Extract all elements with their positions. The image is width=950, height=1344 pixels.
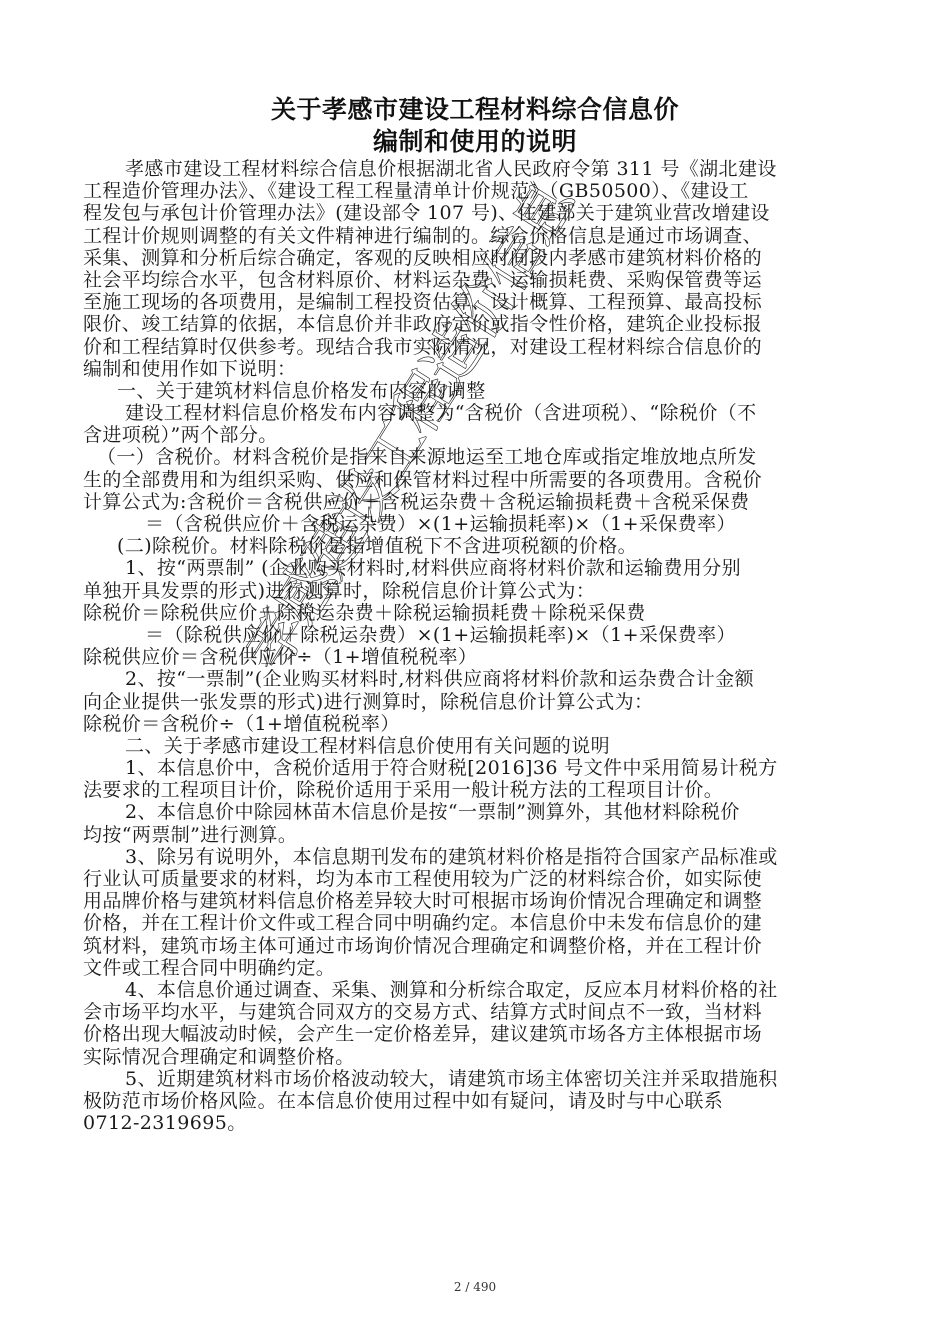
paragraph-line: 筑材料，建筑市场主体可通过市场询价情况合理确定和调整价格，并在工程计价	[83, 935, 865, 957]
paragraph-line: 用品牌价格与建筑材料信息价格差异较大时可根据市场询价情况合理确定和调整	[83, 890, 865, 912]
paragraph-line: 向企业提供一张发票的形式)进行测算时，除税信息价计算公式为：	[83, 691, 865, 713]
paragraph-line: 含进项税）”两个部分。	[83, 424, 865, 446]
paragraph-line: 生的全部费用和为组织采购、供应和保管材料过程中所需要的各项费用。含税价	[83, 469, 865, 491]
document-title-line-2: 编制和使用的说明	[0, 126, 950, 158]
paragraph-line: 至施工现场的各项费用，是编制工程投资估算、设计概算、工程预算、最高投标	[83, 291, 865, 313]
paragraph-line: 社会平均综合水平，包含材料原价、材料运杂费、运输损耗费、采购保管费等运	[83, 269, 865, 291]
paragraph-line: 行业认可质量要求的材料，均为本市工程使用较为广泛的材料综合价，如实际使	[83, 868, 865, 890]
paragraph-line: 工程计价规则调整的有关文件精神进行编制的。综合价格信息是通过市场调查、	[83, 225, 865, 247]
formula-line: ＝（含税供应价＋含税运杂费）×(1+运输损耗率)×（1+采保费率）	[83, 513, 865, 535]
paragraph-line: 法要求的工程项目计价，除税价适用于采用一般计税方法的工程项目计价。	[83, 779, 865, 801]
paragraph-line: 均按“两票制”进行测算。	[83, 824, 865, 846]
section-heading-1: 一、关于建筑材料信息价格发布内容的调整	[83, 380, 865, 402]
subsection-tax-exclusive: (二)除税价。材料除税价是指增值税下不含进项税额的价格。	[83, 535, 865, 557]
paragraph-line: 实际情况合理确定和调整价格。	[83, 1046, 865, 1068]
paragraph-line: 1、本信息价中，含税价适用于符合财税[2016]36 号文件中采用简易计税方	[83, 757, 865, 779]
paragraph-line: 会市场平均水平，与建筑合同双方的交易方式、结算方式时间点不一致，当材料	[83, 1001, 865, 1023]
formula-line: ＝（除税供应价＋除税运杂费）×(1+运输损耗率)×（1+采保费率）	[83, 624, 865, 646]
document-title-line-1: 关于孝感市建设工程材料综合信息价	[0, 94, 950, 126]
formula-line: 除税价＝除税供应价＋除税运杂费＋除税运输损耗费＋除税采保费	[83, 602, 865, 624]
formula-line: 除税供应价＝含税供应价÷（1+增值税税率）	[83, 646, 865, 668]
paragraph-line: 工程造价管理办法》、《建设工程工程量清单计价规范》（GB50500）、《建设工	[83, 180, 865, 202]
formula-line: 除税价＝含税价÷（1+增值税税率）	[83, 713, 865, 735]
document-page: 关于孝感市建设工程材料综合信息价 编制和使用的说明 孝感市建设工程材料综合信息价…	[0, 0, 950, 1344]
paragraph-line: 价和工程结算时仅供参考。现结合我市实际情况，对建设工程材料综合信息价的	[83, 336, 865, 358]
page-number: 2 / 490	[0, 1280, 950, 1294]
paragraph-line: 建设工程材料信息价格发布内容调整为“含税价（含进项税）、“除税价（不	[83, 402, 865, 424]
contact-phone: 0712-2319695。	[83, 1112, 865, 1134]
paragraph-line: 文件或工程合同中明确约定。	[83, 957, 865, 979]
paragraph-line: 1、按“两票制” (企业购买材料时,材料供应商将材料价款和运输费用分别	[83, 557, 865, 579]
paragraph-line: 5、近期建筑材料市场价格波动较大，请建筑市场主体密切关注并采取措施积	[83, 1068, 865, 1090]
paragraph-line: 价格出现大幅波动时候，会产生一定价格差异，建议建筑市场各方主体根据市场	[83, 1023, 865, 1045]
document-body: 孝感市建设工程材料综合信息价根据湖北省人民政府令第 311 号《湖北建设 工程造…	[83, 158, 865, 1134]
section-heading-2: 二、关于孝感市建设工程材料信息价使用有关问题的说明	[83, 735, 865, 757]
paragraph-line: 2、按“一票制”(企业购买材料时,材料供应商将材料价款和运杂费合计金额	[83, 668, 865, 690]
paragraph-line: 采集、测算和分析后综合确定，客观的反映相应时间段内孝感市建筑材料价格的	[83, 247, 865, 269]
paragraph-line: 极防范市场价格风险。在本信息价使用过程中如有疑问，请及时与中心联系	[83, 1090, 865, 1112]
paragraph-line: 程发包与承包计价管理办法》(建设部令 107 号)、住建部关于建筑业营改增建设	[83, 202, 865, 224]
paragraph-line: 编制和使用作如下说明：	[83, 358, 865, 380]
paragraph-line: 限价、竣工结算的依据，本信息价并非政府定价或指令性价格，建筑企业投标报	[83, 313, 865, 335]
subsection-tax-inclusive: （一）含税价。材料含税价是指来自来源地运至工地仓库或指定堆放地点所发	[83, 446, 865, 468]
paragraph-line: 4、本信息价通过调查、采集、测算和分析综合取定，反应本月材料价格的社	[83, 979, 865, 1001]
paragraph-line: 价格，并在工程计价文件或工程合同中明确约定。本信息价中未发布信息价的建	[83, 912, 865, 934]
paragraph-line: 单独开具发票的形式)进行测算时，除税信息价计算公式为：	[83, 580, 865, 602]
paragraph-line: 3、除另有说明外，本信息期刊发布的建筑材料价格是指符合国家产品标准或	[83, 846, 865, 868]
paragraph-line: 2、本信息价中除园林苗木信息价是按“一票制”测算外，其他材料除税价	[83, 801, 865, 823]
paragraph-line: 孝感市建设工程材料综合信息价根据湖北省人民政府令第 311 号《湖北建设	[83, 158, 865, 180]
formula-line: 计算公式为:含税价＝含税供应价＋含税运杂费＋含税运输损耗费＋含税采保费	[83, 491, 865, 513]
